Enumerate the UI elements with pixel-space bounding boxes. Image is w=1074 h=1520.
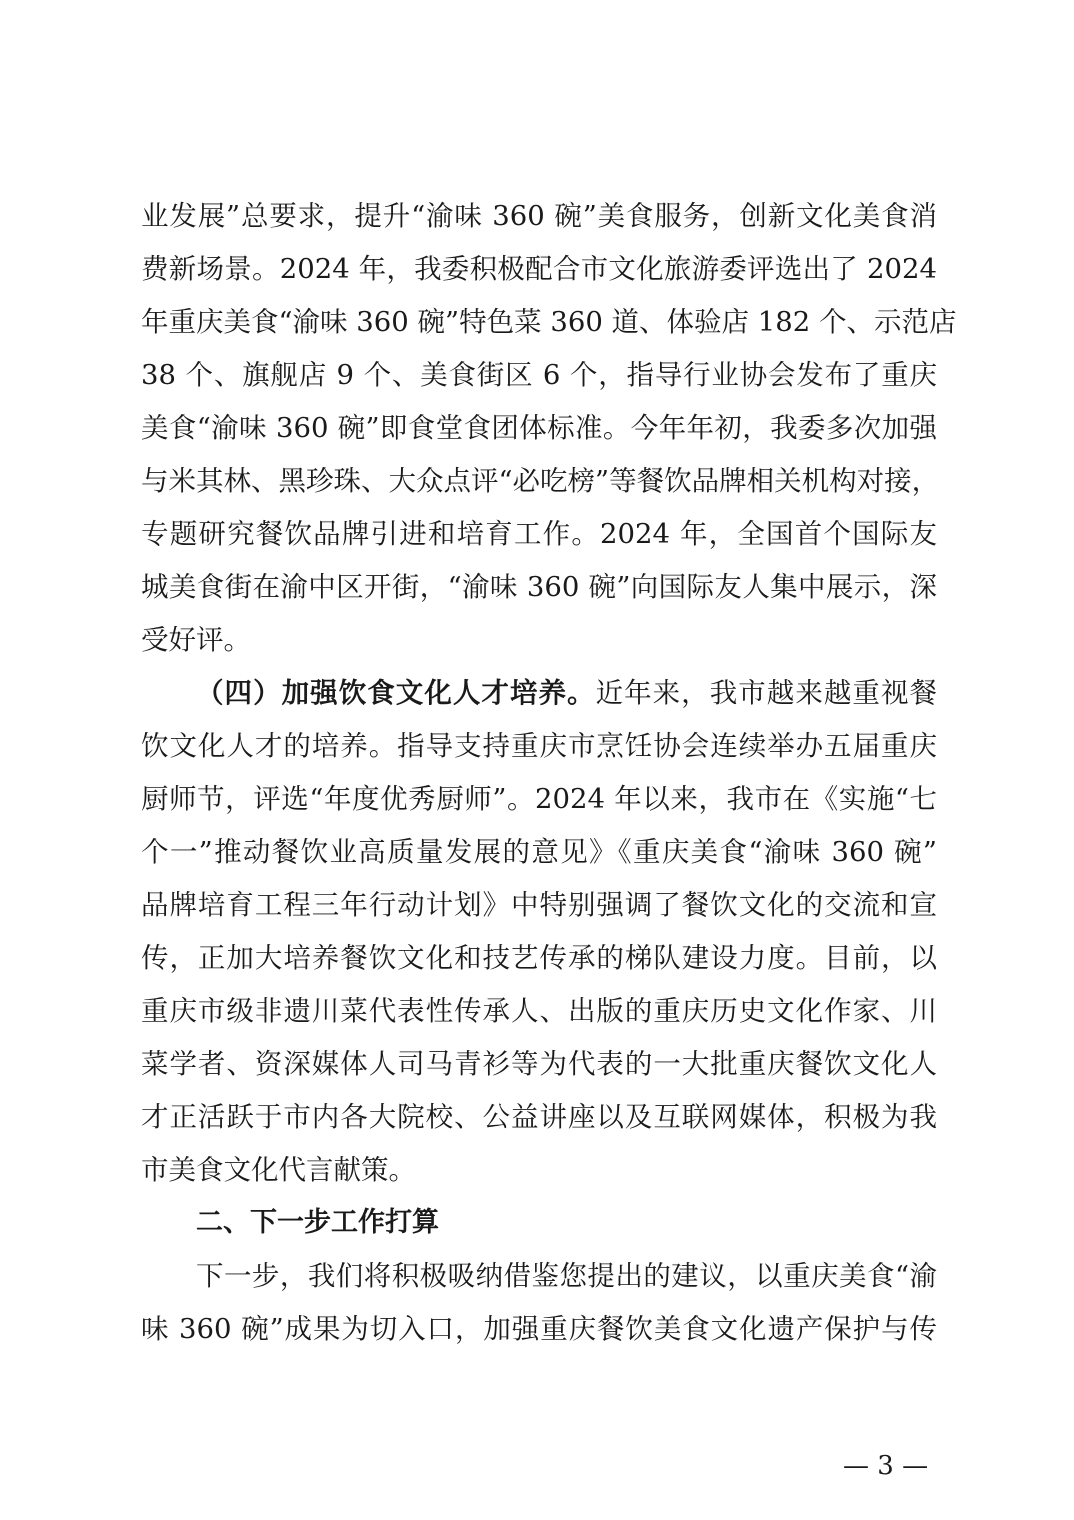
paragraph-line: 专题研究餐饮品牌引进和培育工作。2024 年，全国首个国际友	[141, 514, 937, 554]
paragraph-line: 38 个、旗舰店 9 个、美食街区 6 个，指导行业协会发布了重庆	[141, 355, 937, 395]
paragraph-line: 重庆市级非遗川菜代表性传承人、出版的重庆历史文化作家、川	[141, 991, 937, 1031]
paragraph-line: 才正活跃于市内各大院校、公益讲座以及互联网媒体，积极为我	[141, 1097, 937, 1137]
paragraph-line: 下一步，我们将积极吸纳借鉴您提出的建议，以重庆美食“渝	[196, 1256, 937, 1296]
paragraph-line: 业发展”总要求，提升“渝味 360 碗”美食服务，创新文化美食消	[141, 196, 937, 236]
paragraph-line: 与米其林、黑珍珠、大众点评“必吃榜”等餐饮品牌相关机构对接，	[141, 461, 937, 501]
page-number: — 3 —	[843, 1448, 943, 1484]
section-four-intro: 近年来，我市越来越重视餐	[596, 677, 937, 709]
section-four-title: （四）加强饮食文化人才培养。	[196, 677, 596, 709]
paragraph-line: 味 360 碗”成果为切入口，加强重庆餐饮美食文化遗产保护与传	[141, 1309, 937, 1349]
paragraph-line: 饮文化人才的培养。指导支持重庆市烹饪协会连续举办五届重庆	[141, 726, 937, 766]
paragraph-line: 个一”推动餐饮业高质量发展的意见》《重庆美食“渝味 360 碗”	[141, 832, 937, 872]
section-four-first-line: （四）加强饮食文化人才培养。近年来，我市越来越重视餐	[196, 673, 937, 713]
paragraph-line: 受好评。	[141, 620, 937, 660]
paragraph-line: 传，正加大培养餐饮文化和技艺传承的梯队建设力度。目前，以	[141, 938, 937, 978]
paragraph-line: 菜学者、资深媒体人司马青衫等为代表的一大批重庆餐饮文化人	[141, 1044, 937, 1084]
paragraph-line: 品牌培育工程三年行动计划》中特别强调了餐饮文化的交流和宣	[141, 885, 937, 925]
document-page: 业发展”总要求，提升“渝味 360 碗”美食服务，创新文化美食消 费新场景。20…	[0, 0, 1074, 1520]
paragraph-line: 城美食街在渝中区开街，“渝味 360 碗”向国际友人集中展示，深	[141, 567, 937, 607]
paragraph-line: 费新场景。2024 年，我委积极配合市文化旅游委评选出了 2024	[141, 249, 937, 289]
paragraph-line: 厨师节，评选“年度优秀厨师”。2024 年以来，我市在《实施“七	[141, 779, 937, 819]
paragraph-line: 年重庆美食“渝味 360 碗”特色菜 360 道、体验店 182 个、示范店	[141, 302, 937, 342]
paragraph-line: 美食“渝味 360 碗”即食堂食团体标准。今年年初，我委多次加强	[141, 408, 937, 448]
paragraph-line: 市美食文化代言献策。	[141, 1150, 937, 1190]
section-heading: 二、下一步工作打算	[196, 1203, 937, 1243]
